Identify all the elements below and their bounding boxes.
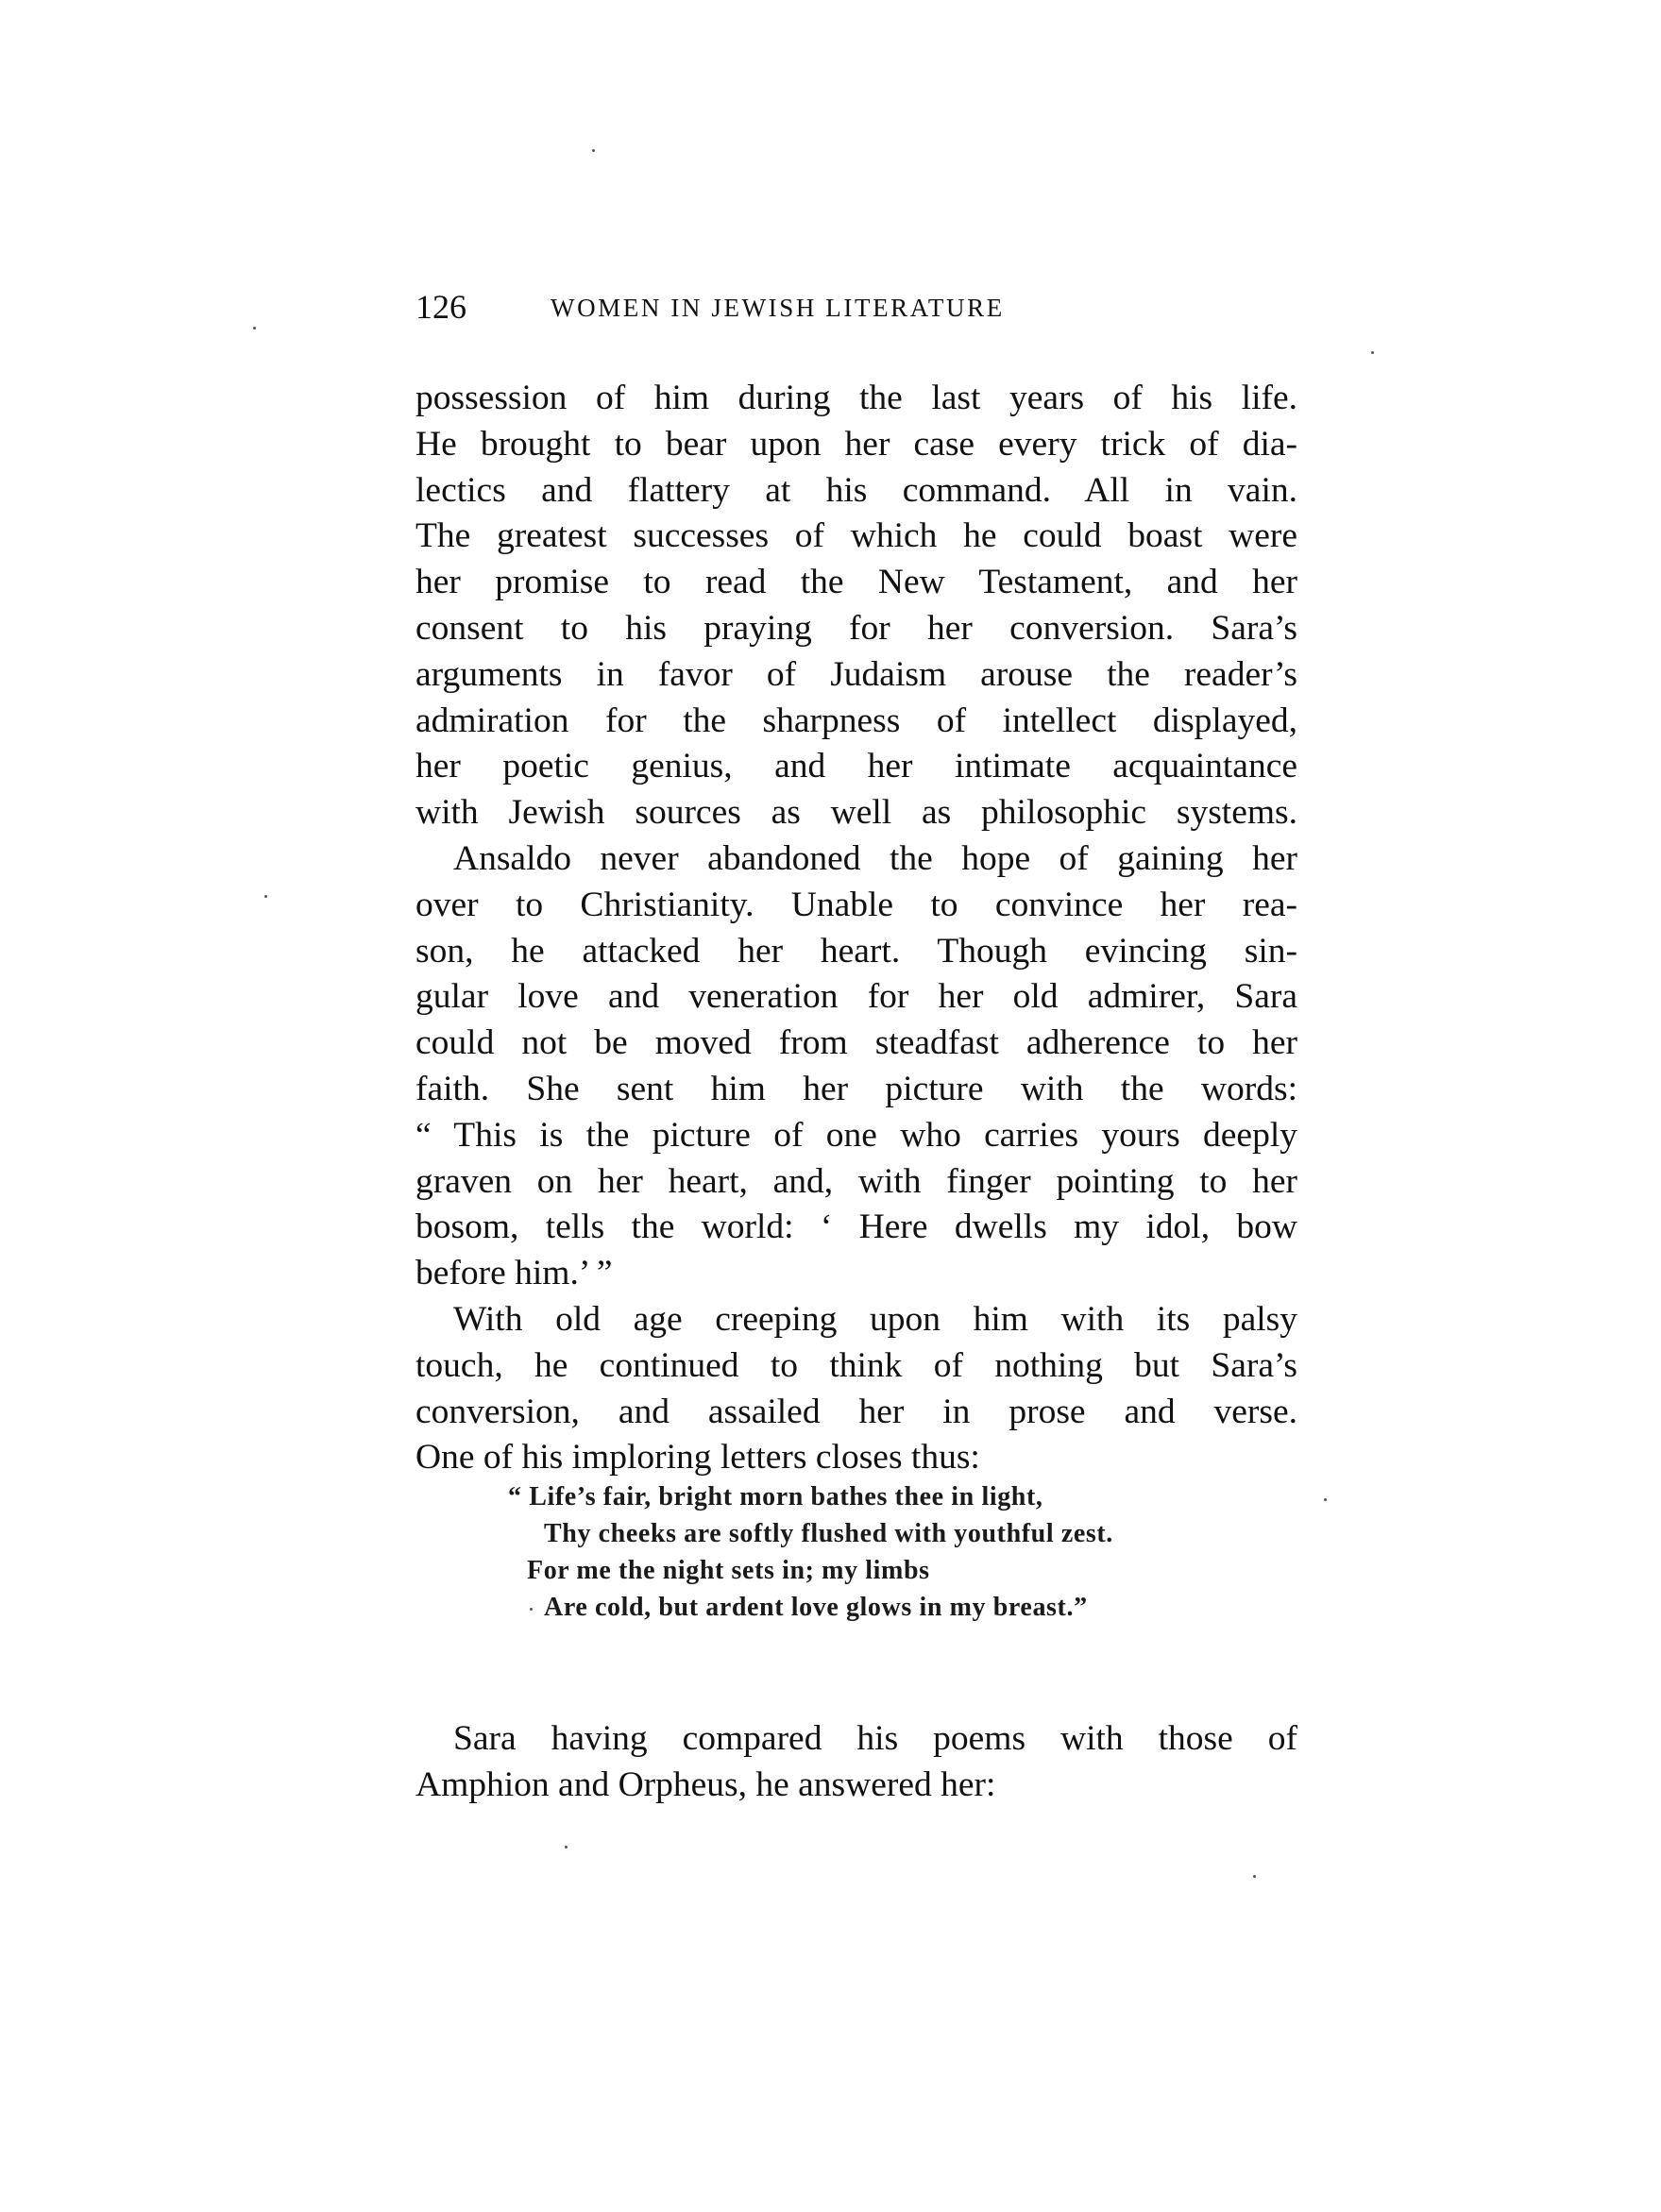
- closing-paragraph: Sara having compared his poems with thos…: [415, 1716, 1297, 1809]
- verse-line: Are cold, but ardent love glows in my br…: [491, 1589, 1322, 1626]
- text-line: bosom, tells the world: ‘ Here dwells my…: [415, 1205, 1297, 1251]
- text-line: her poetic genius, and her intimate acqu…: [415, 744, 1297, 790]
- scan-speck: [264, 895, 267, 898]
- scan-speck: [565, 1846, 568, 1849]
- verse-line: Thy cheeks are softly flushed with youth…: [491, 1515, 1322, 1552]
- paragraph-3: With old age creeping upon him with its …: [415, 1297, 1297, 1481]
- body-text: possession of him during the last years …: [415, 376, 1297, 1481]
- text-line: gular love and veneration for her old ad…: [415, 974, 1297, 1021]
- text-line: graven on her heart, and, with finger po…: [415, 1159, 1297, 1206]
- text-line: possession of him during the last years …: [415, 376, 1297, 422]
- page-number: 126: [415, 283, 466, 330]
- scan-speck: [530, 1608, 533, 1611]
- text-line: son, he attacked her heart. Though evinc…: [415, 929, 1297, 975]
- text-line: One of his imploring letters closes thus…: [415, 1435, 1297, 1481]
- paragraph-1: possession of him during the last years …: [415, 376, 1297, 836]
- text-line: her promise to read the New Testament, a…: [415, 560, 1297, 606]
- paragraph-2: Ansaldo never abandoned the hope of gain…: [415, 836, 1297, 1297]
- text-line: Ansaldo never abandoned the hope of gain…: [415, 836, 1297, 883]
- scan-speck: [1324, 1498, 1327, 1501]
- running-head: 126 WOMEN IN JEWISH LITERATURE: [415, 283, 1298, 330]
- text-line: consent to his praying for her conversio…: [415, 606, 1297, 652]
- text-line: before him.’ ”: [415, 1251, 1297, 1297]
- running-title: WOMEN IN JEWISH LITERATURE: [551, 289, 1005, 327]
- verse-line: “ Life’s fair, bright morn bathes thee i…: [491, 1478, 1322, 1515]
- book-page: 126 WOMEN IN JEWISH LITERATURE possessio…: [0, 0, 1661, 2212]
- verse-quotation: “ Life’s fair, bright morn bathes thee i…: [491, 1478, 1322, 1626]
- text-line: With old age creeping upon him with its …: [415, 1297, 1297, 1343]
- text-line: The greatest successes of which he could…: [415, 514, 1297, 560]
- text-line: admiration for the sharpness of intellec…: [415, 699, 1297, 745]
- text-line: lectics and flattery at his command. All…: [415, 468, 1297, 515]
- text-line: Amphion and Orpheus, he answered her:: [415, 1763, 1297, 1809]
- text-line: faith. She sent him her picture with the…: [415, 1067, 1297, 1113]
- text-line: conversion, and assailed her in prose an…: [415, 1390, 1297, 1436]
- scan-speck: [592, 149, 595, 152]
- scan-speck: [1253, 1875, 1256, 1878]
- verse-line: For me the night sets in; my limbs: [491, 1552, 1322, 1589]
- text-line: arguments in favor of Judaism arouse the…: [415, 652, 1297, 699]
- text-line: could not be moved from steadfast adhere…: [415, 1021, 1297, 1067]
- scan-speck: [253, 327, 256, 329]
- text-line: touch, he continued to think of nothing …: [415, 1343, 1297, 1390]
- text-line: Sara having compared his poems with thos…: [415, 1716, 1297, 1763]
- text-line: He brought to bear upon her case every t…: [415, 422, 1297, 468]
- text-line: with Jewish sources as well as philosoph…: [415, 790, 1297, 836]
- text-line: over to Christianity. Unable to convince…: [415, 883, 1297, 929]
- scan-speck: [1371, 351, 1374, 354]
- text-line: “ This is the picture of one who carries…: [415, 1113, 1297, 1159]
